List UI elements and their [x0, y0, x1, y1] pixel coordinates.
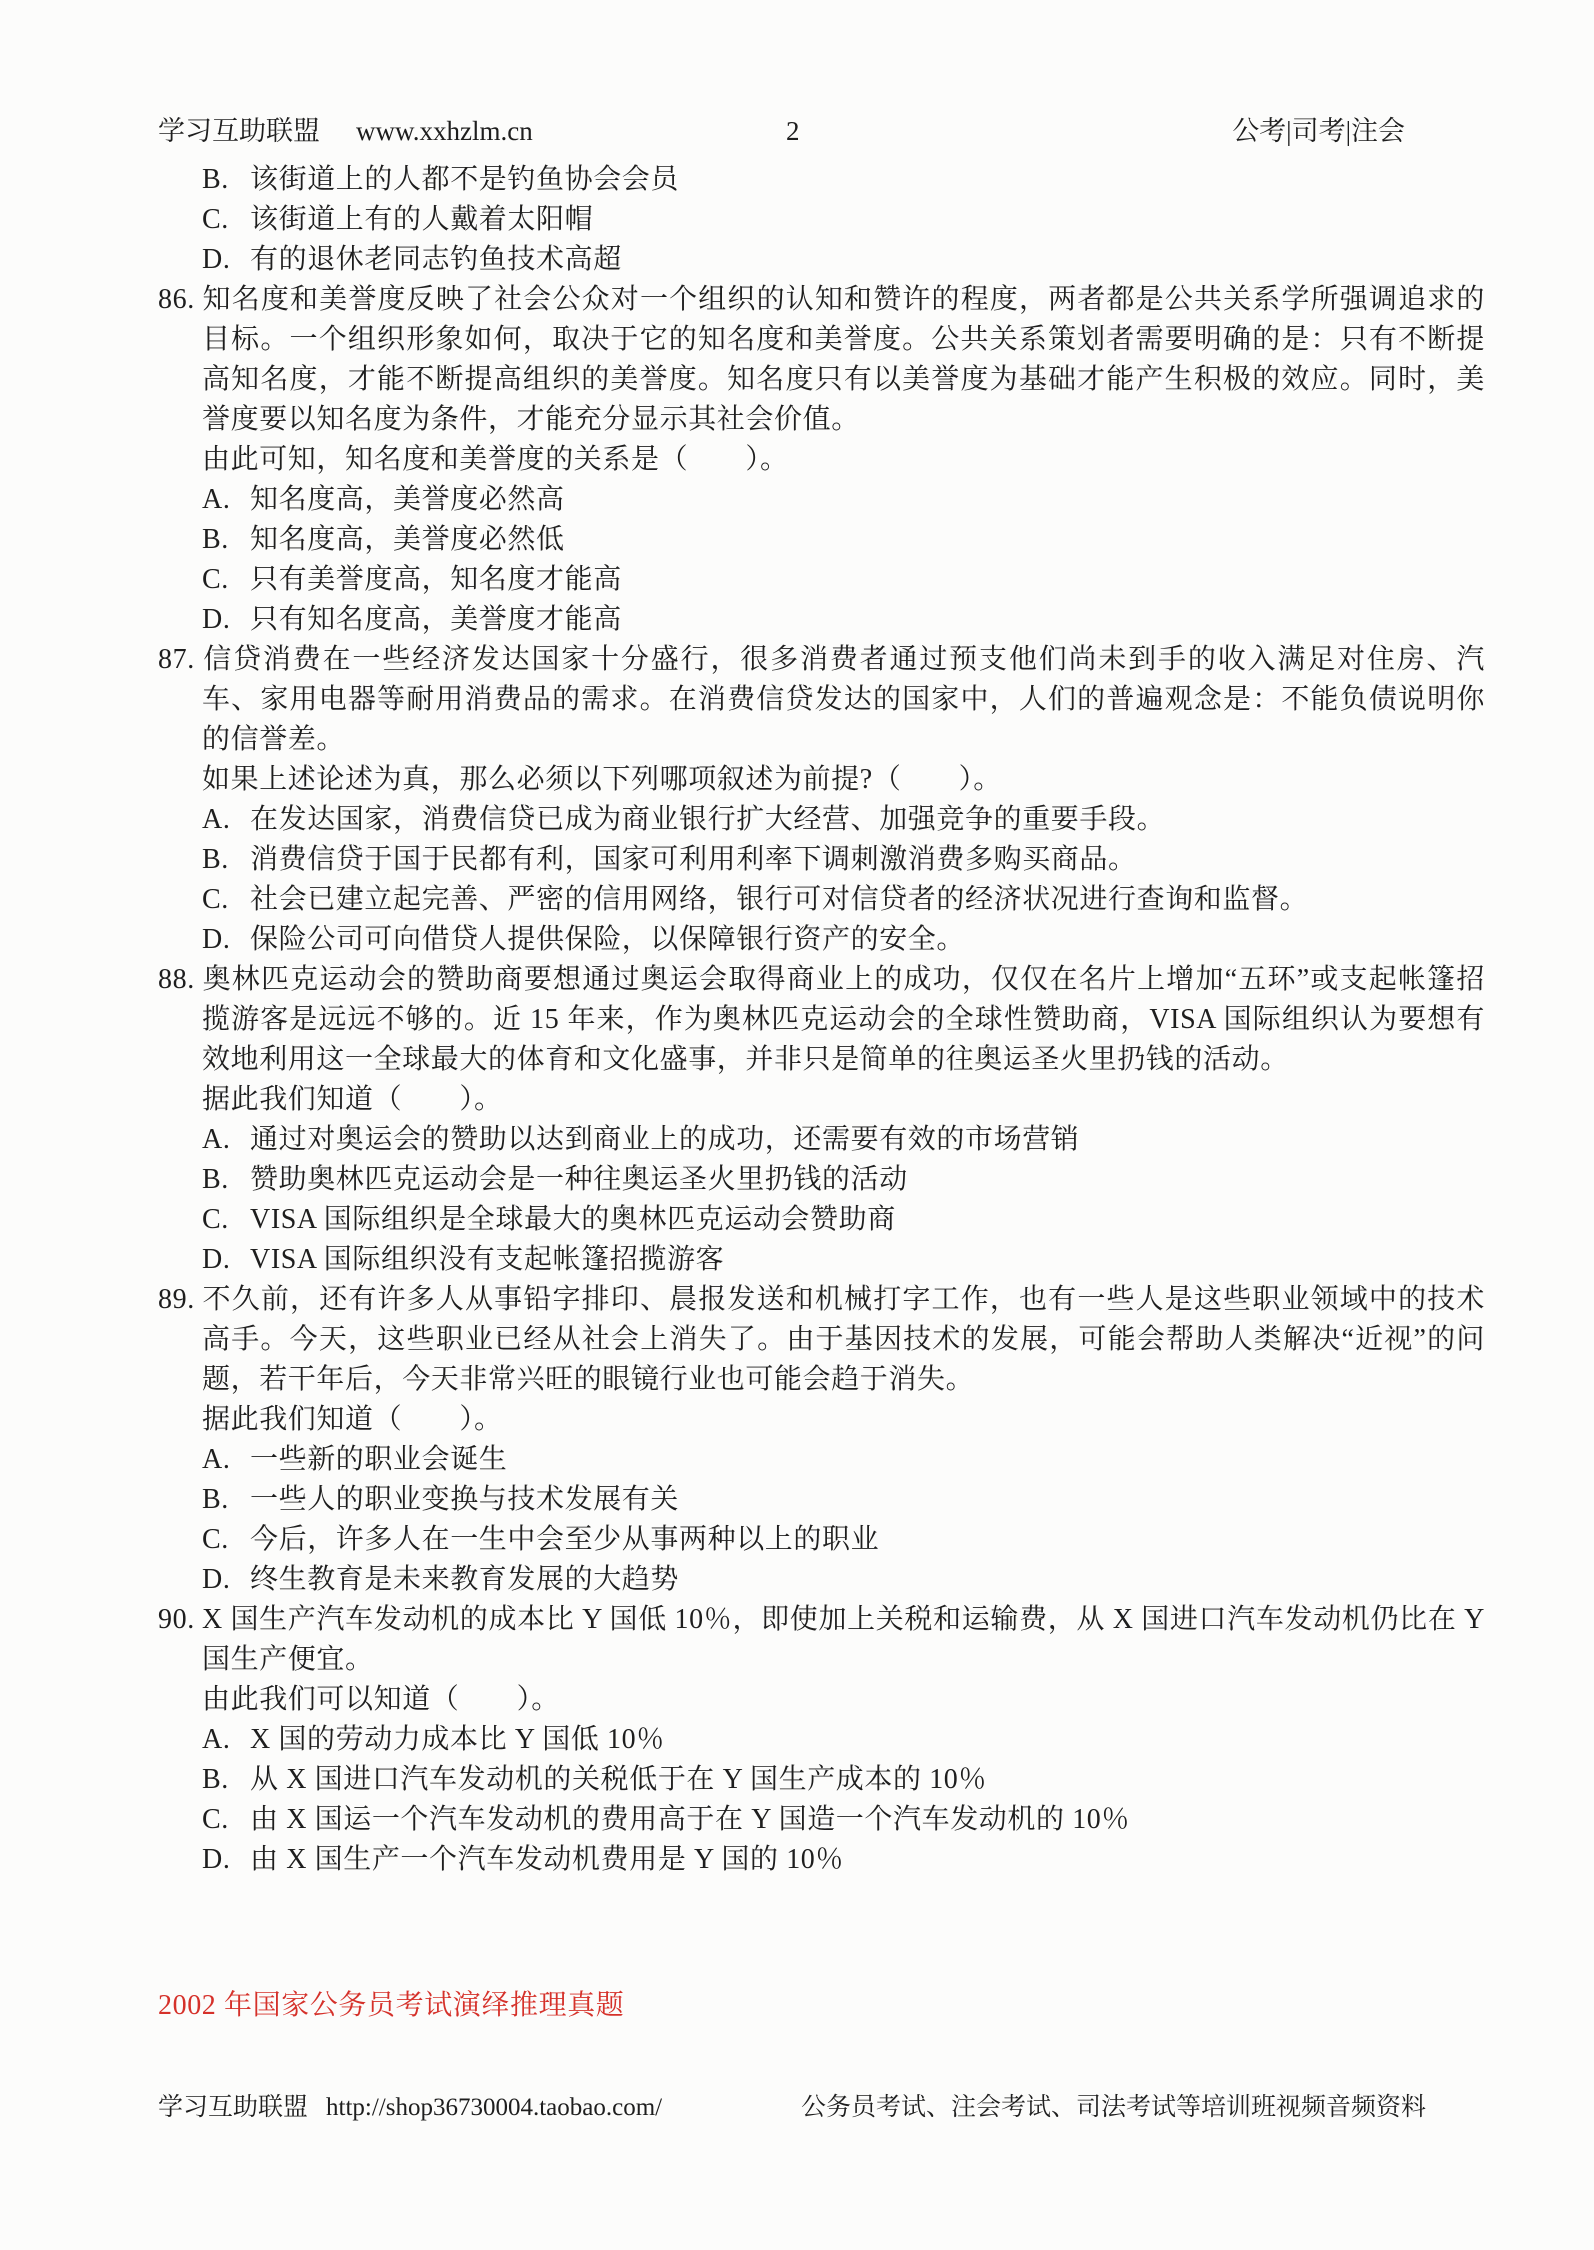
option-label: C.	[202, 1200, 250, 1240]
option-label: D.	[202, 1840, 250, 1880]
page-footer: 学习互助联盟 http://shop36730004.taobao.com/ 公…	[158, 2090, 1426, 2126]
option-b: B.赞助奥林匹克运动会是一种往奥运圣火里扔钱的活动	[158, 1160, 1485, 1200]
option-text: 社会已建立起完善、严密的信用网络，银行可对信贷者的经济状况进行查询和监督。	[250, 884, 1308, 915]
option-a: A.X 国的劳动力成本比 Y 国低 10％	[158, 1720, 1485, 1760]
option-text: 一些新的职业会诞生	[250, 1444, 507, 1475]
carryover-option-b: B.该街道上的人都不是钓鱼协会会员	[158, 160, 1485, 200]
option-text: 消费信贷于国于民都有利，国家可利用利率下调刺激消费多购买商品。	[250, 844, 1137, 875]
question-stem-text: 知名度和美誉度反映了社会公众对一个组织的认知和赞许的程度，两者都是公共关系学所强…	[202, 284, 1485, 435]
option-text: 由 X 国运一个汽车发动机的费用高于在 Y 国造一个汽车发动机的 10％	[250, 1804, 1130, 1835]
question-stem: 88.奥林匹克运动会的赞助商要想通过奥运会取得商业上的成功，仅仅在名片上增加“五…	[158, 960, 1485, 1080]
question-88: 88.奥林匹克运动会的赞助商要想通过奥运会取得商业上的成功，仅仅在名片上增加“五…	[158, 960, 1485, 1280]
option-label: D.	[202, 600, 250, 640]
option-a: A.在发达国家，消费信贷已成为商业银行扩大经营、加强竞争的重要手段。	[158, 800, 1485, 840]
option-text: 只有美誉度高，知名度才能高	[250, 564, 622, 595]
page-number: 2	[786, 110, 800, 152]
footer-brand: 学习互助联盟	[158, 2090, 308, 2126]
option-text: 从 X 国进口汽车发动机的关税低于在 Y 国生产成本的 10％	[250, 1764, 987, 1795]
option-c: C.VISA 国际组织是全球最大的奥林匹克运动会赞助商	[158, 1200, 1485, 1240]
option-text: 通过对奥运会的赞助以达到商业上的成功，还需要有效的市场营销	[250, 1124, 1079, 1155]
question-prompt: 据此我们知道（ ）。	[158, 1080, 1485, 1120]
option-label: B.	[202, 160, 250, 200]
option-d: D.由 X 国生产一个汽车发动机费用是 Y 国的 10％	[158, 1840, 1485, 1880]
option-b: B.一些人的职业变换与技术发展有关	[158, 1480, 1485, 1520]
option-label: A.	[202, 1120, 250, 1160]
option-text: 赞助奥林匹克运动会是一种往奥运圣火里扔钱的活动	[250, 1164, 908, 1195]
option-label: A.	[202, 800, 250, 840]
option-text: 该街道上的人都不是钓鱼协会会员	[250, 164, 679, 195]
question-number: 89.	[158, 1280, 202, 1320]
option-text: 一些人的职业变换与技术发展有关	[250, 1484, 679, 1515]
question-number: 88.	[158, 960, 202, 1000]
option-label: B.	[202, 1480, 250, 1520]
option-text: 知名度高，美誉度必然高	[250, 484, 565, 515]
option-b: B.从 X 国进口汽车发动机的关税低于在 Y 国生产成本的 10％	[158, 1760, 1485, 1800]
option-label: A.	[202, 1720, 250, 1760]
exam-page: 学习互助联盟 www.xxhzlm.cn 2 公考|司考|注会 B.该街道上的人…	[0, 0, 1594, 2250]
option-label: A.	[202, 480, 250, 520]
option-label: B.	[202, 840, 250, 880]
question-number: 90.	[158, 1600, 202, 1640]
option-label: C.	[202, 880, 250, 920]
option-text: 在发达国家，消费信贷已成为商业银行扩大经营、加强竞争的重要手段。	[250, 804, 1165, 835]
option-c: C.今后，许多人在一生中会至少从事两种以上的职业	[158, 1520, 1485, 1560]
option-label: C.	[202, 1800, 250, 1840]
option-text: 知名度高，美誉度必然低	[250, 524, 565, 555]
option-text: VISA 国际组织没有支起帐篷招揽游客	[250, 1244, 724, 1275]
footer-url: http://shop36730004.taobao.com/	[326, 2090, 662, 2126]
option-text: 终生教育是未来教育发展的大趋势	[250, 1564, 679, 1595]
option-text: VISA 国际组织是全球最大的奥林匹克运动会赞助商	[250, 1204, 896, 1235]
option-label: D.	[202, 1240, 250, 1280]
exam-content: B.该街道上的人都不是钓鱼协会会员 C.该街道上有的人戴着太阳帽 D.有的退休老…	[158, 160, 1485, 1880]
header-url: www.xxhzlm.cn	[356, 110, 533, 152]
option-d: D.只有知名度高，美誉度才能高	[158, 600, 1485, 640]
option-label: D.	[202, 240, 250, 280]
question-prompt: 由此我们可以知道（ ）。	[158, 1680, 1485, 1720]
option-label: D.	[202, 1560, 250, 1600]
option-text: 由 X 国生产一个汽车发动机费用是 Y 国的 10％	[250, 1844, 844, 1875]
question-stem-text: 信贷消费在一些经济发达国家十分盛行，很多消费者通过预支他们尚未到手的收入满足对住…	[202, 644, 1485, 755]
question-prompt: 如果上述论述为真，那么必须以下列哪项叙述为前提?（ ）。	[158, 760, 1485, 800]
question-stem-text: 不久前，还有许多人从事铅字排印、晨报发送和机械打字工作，也有一些人是这些职业领域…	[202, 1284, 1485, 1395]
option-c: C.由 X 国运一个汽车发动机的费用高于在 Y 国造一个汽车发动机的 10％	[158, 1800, 1485, 1840]
carryover-option-d: D.有的退休老同志钓鱼技术高超	[158, 240, 1485, 280]
option-text: 该街道上有的人戴着太阳帽	[250, 204, 593, 235]
option-label: C.	[202, 560, 250, 600]
option-label: C.	[202, 1520, 250, 1560]
question-89: 89.不久前，还有许多人从事铅字排印、晨报发送和机械打字工作，也有一些人是这些职…	[158, 1280, 1485, 1600]
header-category: 公考|司考|注会	[1232, 110, 1405, 152]
option-c: C.只有美誉度高，知名度才能高	[158, 560, 1485, 600]
question-86: 86.知名度和美誉度反映了社会公众对一个组织的认知和赞许的程度，两者都是公共关系…	[158, 280, 1485, 640]
option-d: D.VISA 国际组织没有支起帐篷招揽游客	[158, 1240, 1485, 1280]
header-left: 学习互助联盟 www.xxhzlm.cn	[158, 110, 533, 152]
option-label: B.	[202, 520, 250, 560]
option-b: B.知名度高，美誉度必然低	[158, 520, 1485, 560]
option-a: A.知名度高，美誉度必然高	[158, 480, 1485, 520]
section-heading: 2002 年国家公务员考试演绎推理真题	[158, 1986, 624, 2026]
question-90: 90.X 国生产汽车发动机的成本比 Y 国低 10％，即使加上关税和运输费，从 …	[158, 1600, 1485, 1880]
question-stem: 90.X 国生产汽车发动机的成本比 Y 国低 10％，即使加上关税和运输费，从 …	[158, 1600, 1485, 1680]
question-stem-text: X 国生产汽车发动机的成本比 Y 国低 10％，即使加上关税和运输费，从 X 国…	[202, 1604, 1485, 1675]
option-d: D.保险公司可向借贷人提供保险，以保障银行资产的安全。	[158, 920, 1485, 960]
option-a: A.一些新的职业会诞生	[158, 1440, 1485, 1480]
option-b: B.消费信贷于国于民都有利，国家可利用利率下调刺激消费多购买商品。	[158, 840, 1485, 880]
question-prompt: 据此我们知道（ ）。	[158, 1400, 1485, 1440]
option-label: D.	[202, 920, 250, 960]
header-brand: 学习互助联盟	[158, 110, 320, 152]
footer-category: 公务员考试、注会考试、司法考试等培训班视频音频资料	[801, 2090, 1426, 2126]
option-label: B.	[202, 1760, 250, 1800]
option-text: 只有知名度高，美誉度才能高	[250, 604, 622, 635]
question-87: 87.信贷消费在一些经济发达国家十分盛行，很多消费者通过预支他们尚未到手的收入满…	[158, 640, 1485, 960]
question-prompt: 由此可知，知名度和美誉度的关系是（ ）。	[158, 440, 1485, 480]
question-stem: 89.不久前，还有许多人从事铅字排印、晨报发送和机械打字工作，也有一些人是这些职…	[158, 1280, 1485, 1400]
question-stem: 86.知名度和美誉度反映了社会公众对一个组织的认知和赞许的程度，两者都是公共关系…	[158, 280, 1485, 440]
footer-left: 学习互助联盟 http://shop36730004.taobao.com/	[158, 2090, 662, 2126]
option-label: A.	[202, 1440, 250, 1480]
option-text: X 国的劳动力成本比 Y 国低 10％	[250, 1724, 665, 1755]
option-text: 今后，许多人在一生中会至少从事两种以上的职业	[250, 1524, 879, 1555]
page-header: 学习互助联盟 www.xxhzlm.cn 2 公考|司考|注会	[158, 110, 1490, 152]
option-text: 保险公司可向借贷人提供保险，以保障银行资产的安全。	[250, 924, 965, 955]
option-a: A.通过对奥运会的赞助以达到商业上的成功，还需要有效的市场营销	[158, 1120, 1485, 1160]
option-text: 有的退休老同志钓鱼技术高超	[250, 244, 622, 275]
option-c: C.社会已建立起完善、严密的信用网络，银行可对信贷者的经济状况进行查询和监督。	[158, 880, 1485, 920]
question-number: 86.	[158, 280, 202, 320]
carryover-option-c: C.该街道上有的人戴着太阳帽	[158, 200, 1485, 240]
option-label: C.	[202, 200, 250, 240]
option-label: B.	[202, 1160, 250, 1200]
question-stem-text: 奥林匹克运动会的赞助商要想通过奥运会取得商业上的成功，仅仅在名片上增加“五环”或…	[202, 964, 1485, 1075]
question-number: 87.	[158, 640, 202, 680]
question-stem: 87.信贷消费在一些经济发达国家十分盛行，很多消费者通过预支他们尚未到手的收入满…	[158, 640, 1485, 760]
option-d: D.终生教育是未来教育发展的大趋势	[158, 1560, 1485, 1600]
